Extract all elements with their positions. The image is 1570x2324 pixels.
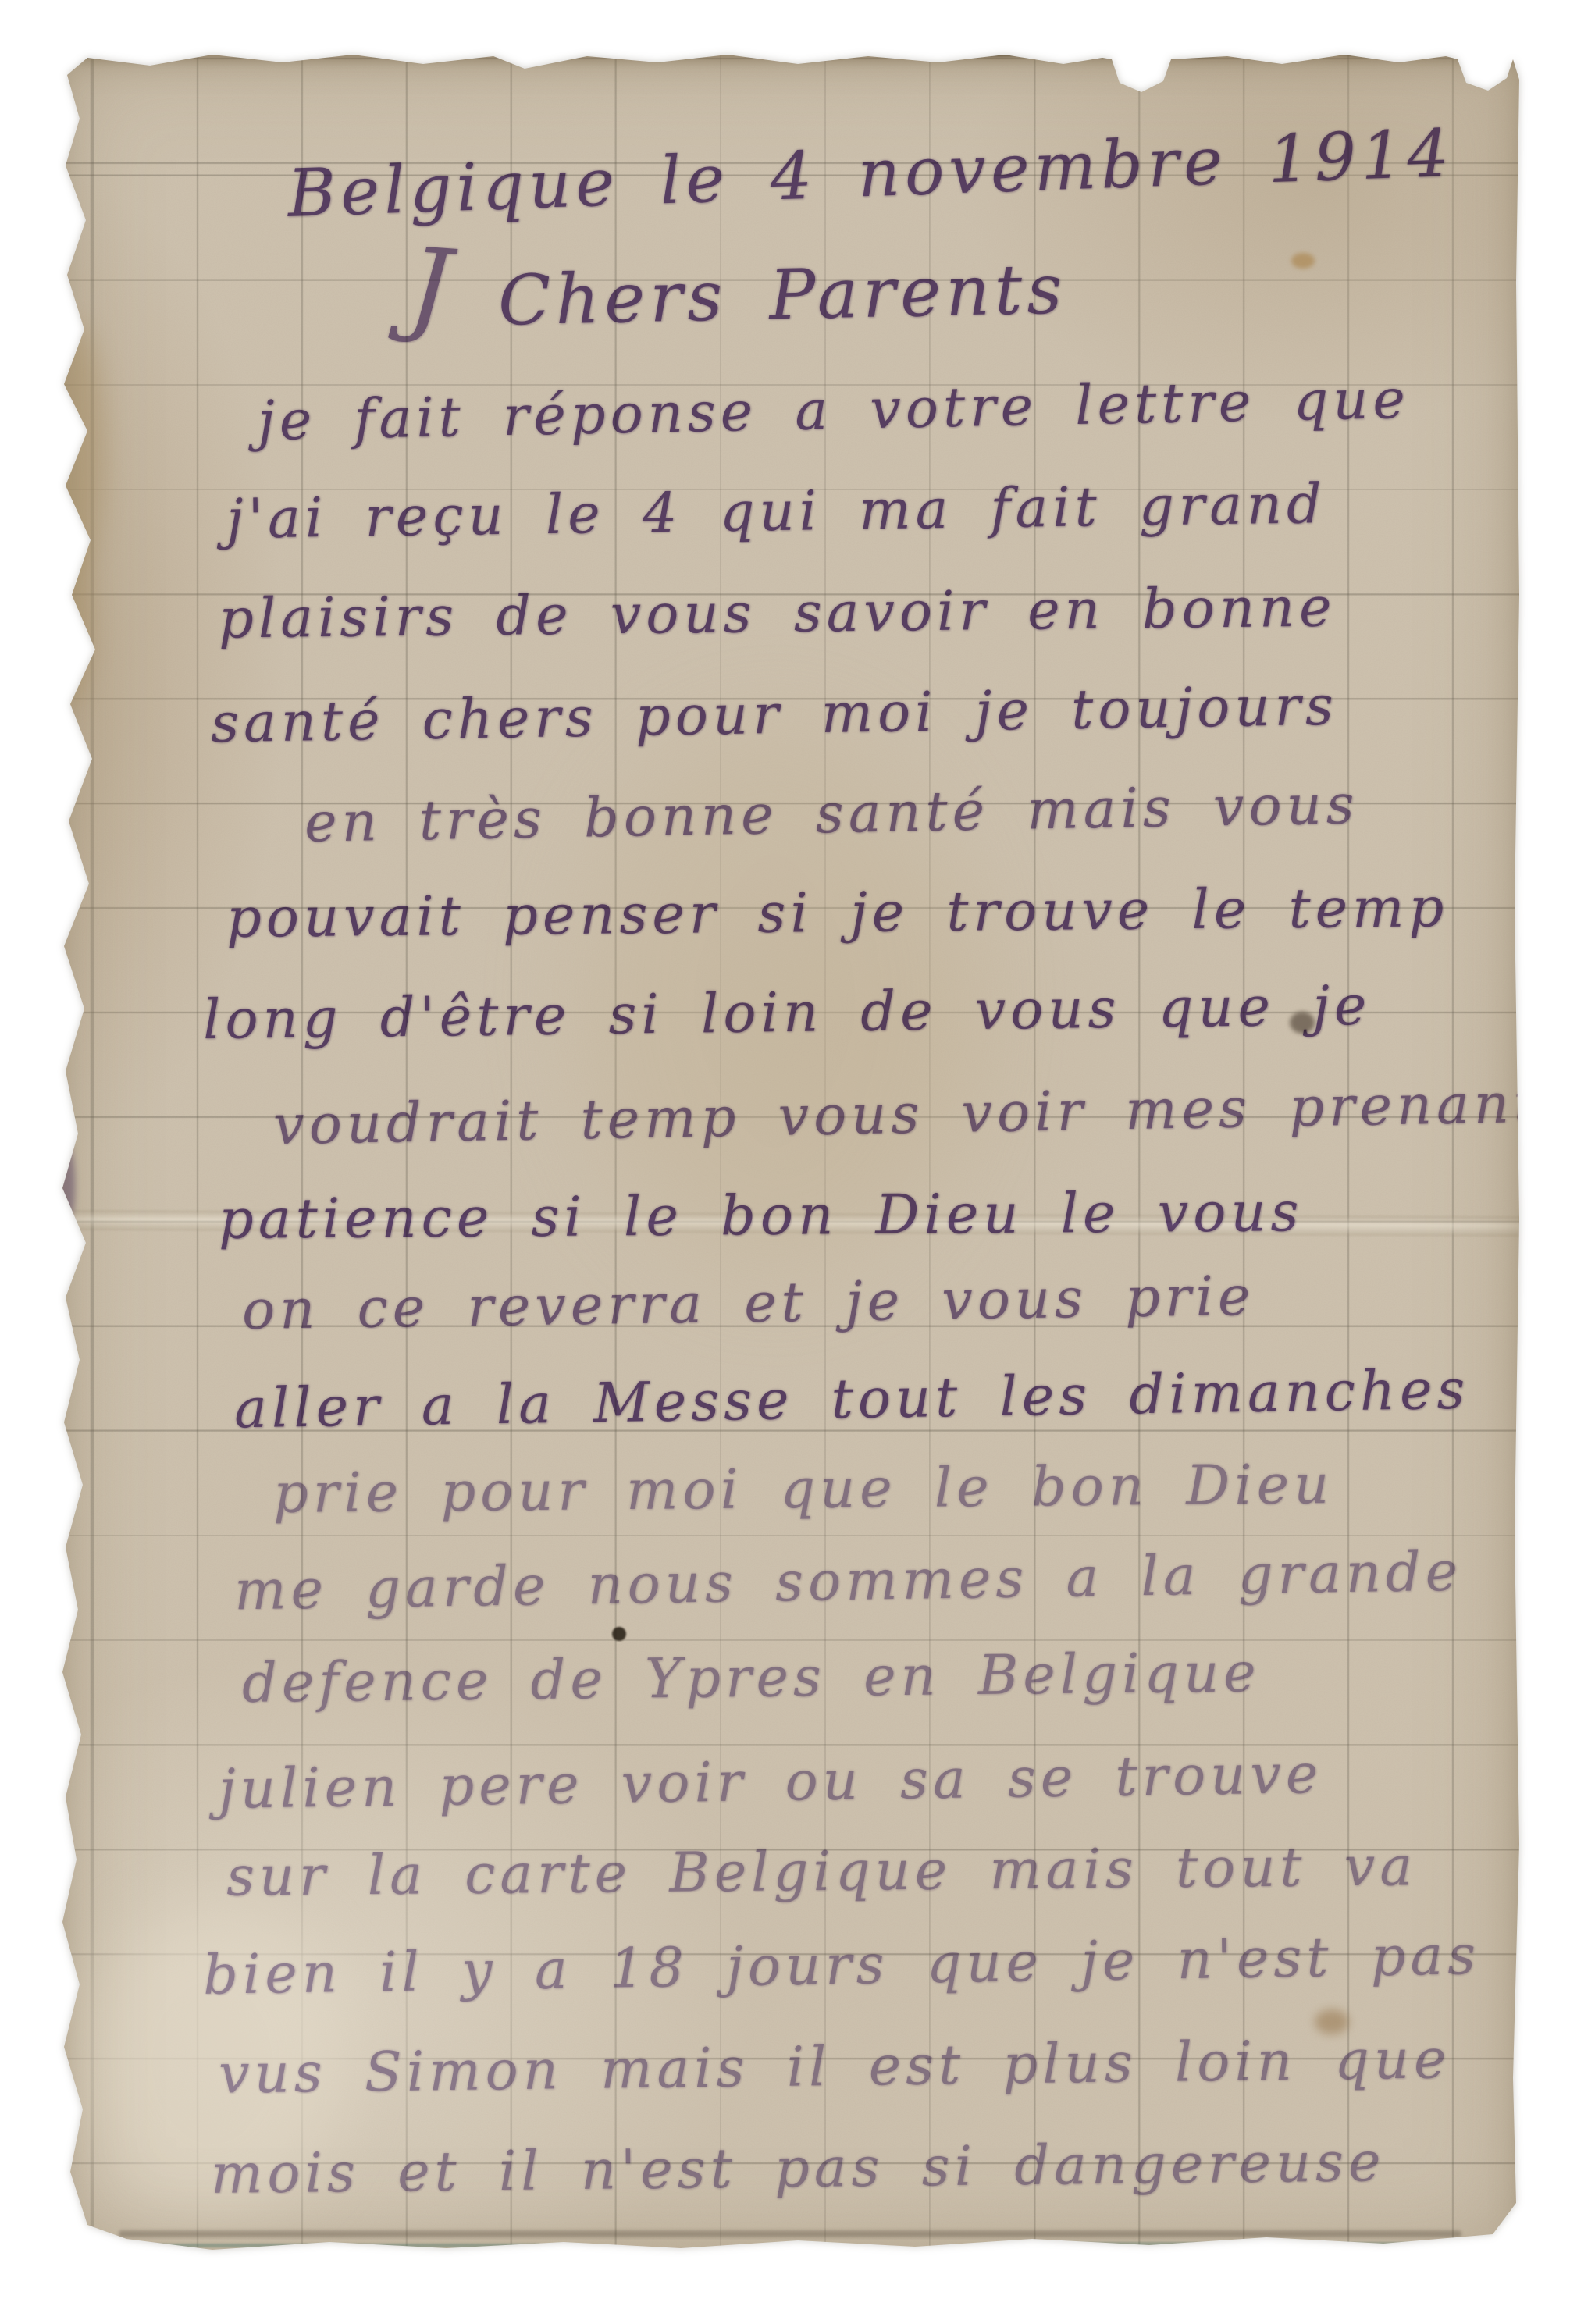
binding-mark — [798, 52, 846, 59]
handwriting-line: on ce reverra et je vous prie — [242, 1269, 1255, 1337]
handwriting-line: j'ai reçu le 4 qui ma fait grand — [226, 476, 1327, 546]
handwriting-line: pouvait penser si je trouve le temp — [226, 880, 1449, 945]
handwriting-layer: Belgique le 4 novembre 1914 J Chers Pare… — [56, 48, 1522, 2258]
handwriting-line: prie pour moi que le bon Dieu — [273, 1457, 1334, 1521]
handwriting-line: long d'être si loin de vous que je — [203, 978, 1372, 1047]
handwriting-line: vus Simon mais il est plus loin que — [219, 2031, 1451, 2101]
handwriting-line: aller a la Messe tout les dimanches — [234, 1362, 1470, 1436]
binding-mark — [1173, 50, 1218, 57]
handwriting-line: voudrait temp vous voir mes prenant — [273, 1076, 1541, 1152]
binding-mark — [966, 48, 1030, 56]
handwriting-line: plaisirs de vous savoir en bonne — [219, 580, 1337, 646]
letter-dateline: Belgique le 4 novembre 1914 — [287, 120, 1454, 226]
handwriting-line: defence de Ypres en Belgique — [242, 1645, 1261, 1710]
letter-salutation: Chers Parents — [497, 254, 1067, 335]
handwriting-line: mois et il n'est pas si dangereuse — [211, 2134, 1386, 2201]
binding-mark — [415, 50, 472, 58]
binding-mark — [1337, 48, 1377, 55]
handwriting-line: en très bonne santé mais vous — [304, 777, 1359, 850]
handwriting-line: sur la carte Belgique mais tout va — [226, 1838, 1418, 1903]
handwriting-line: je fait réponse a votre lettre que — [257, 372, 1410, 448]
handwriting-line: santé chers pour moi je toujours — [211, 678, 1339, 751]
letter-paper: Belgique le 4 novembre 1914 J Chers Pare… — [56, 48, 1522, 2258]
salutation-flourish: J — [405, 234, 458, 340]
letter-paper-wrap: Belgique le 4 novembre 1914 J Chers Pare… — [56, 48, 1522, 2258]
binding-mark — [595, 48, 667, 55]
handwriting-line: patience si le bon Dieu le vous — [219, 1184, 1304, 1247]
handwriting-line: bien il y a 18 jours que je n'est pas — [203, 1927, 1481, 2002]
scan-background: Belgique le 4 novembre 1914 J Chers Pare… — [0, 0, 1570, 2324]
handwriting-line: me garde nous sommes a la grande — [234, 1544, 1463, 1618]
handwriting-line: julien pere voir ou sa se trouve — [219, 1746, 1323, 1817]
